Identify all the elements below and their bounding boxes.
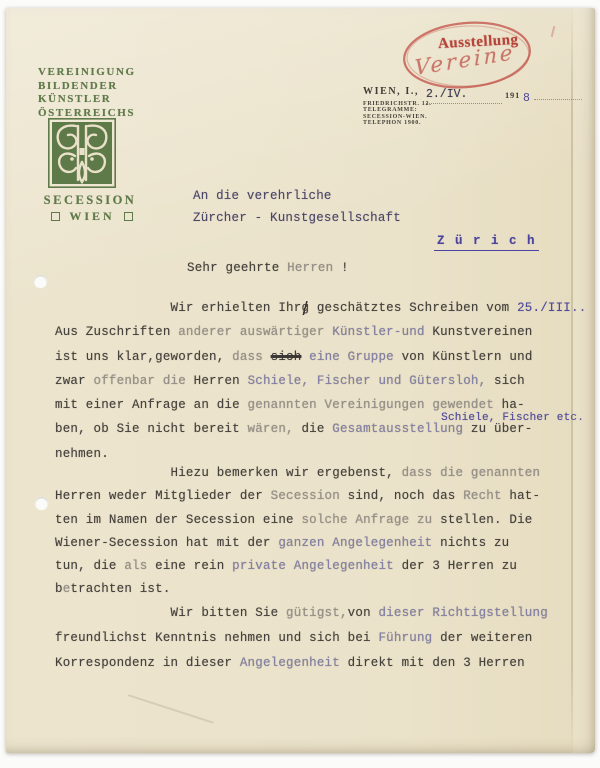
- red-mark: [551, 26, 556, 37]
- text-line: Sehr geehrte Herren !: [187, 257, 349, 279]
- text-line: betrachten ist.: [55, 578, 540, 601]
- text-line: Herren weder Mitglieder der Secession si…: [55, 485, 540, 508]
- text-line: Wir erhielten Ihrg geschätztes Schreiben…: [55, 296, 586, 320]
- text-line: Wir bitten Sie gütigst,von dieser Richti…: [55, 601, 548, 626]
- text-line: freundlichst Kenntnis nehmen und sich be…: [55, 626, 548, 651]
- square-ornament-left: [51, 212, 60, 221]
- paragraph-2: Hiezu bemerken wir ergebenst, dass die g…: [55, 462, 540, 602]
- text-line: SECESSION-WIEN.: [363, 114, 431, 120]
- recipient-block: An die verehrliche Zürcher - Kunstgesell…: [193, 185, 401, 229]
- text-line: KÜNSTLER: [38, 93, 148, 107]
- punch-hole-bottom: [35, 497, 48, 510]
- text-line: BILDENDER: [38, 80, 148, 94]
- wien-label: WIEN: [69, 209, 114, 224]
- text-line: Hiezu bemerken wir ergebenst, dass die g…: [55, 462, 540, 485]
- text-line: Korrespondenz in dieser Angelegenheit di…: [55, 651, 548, 676]
- recipient-line-1: An die verehrliche: [193, 185, 401, 207]
- punch-hole-top: [34, 275, 47, 288]
- secession-emblem: [48, 118, 116, 188]
- paragraph-3: Wir bitten Sie gütigst,von dieser Richti…: [55, 601, 548, 676]
- recipient-city: Z ü r i c h: [434, 234, 539, 251]
- text-line: zwar offenbar die Herren Schiele, Fische…: [55, 369, 586, 393]
- recipient-line-2: Zürcher - Kunstgesellschaft: [193, 207, 401, 229]
- paper-edge-highlight: [573, 8, 595, 753]
- secession-label: SECESSION: [42, 193, 138, 208]
- letter-paper: VEREINIGUNGBILDENDERKÜNSTLERÖSTERREICHS …: [6, 8, 595, 753]
- square-ornament-right: [124, 212, 133, 221]
- text-line: TELEPHON 1900.: [363, 120, 431, 126]
- text-line: ten im Namen der Secession eine solche A…: [55, 509, 540, 532]
- text-line: ist uns klar,geworden, dass sich eine Gr…: [55, 345, 586, 369]
- text-line: tun, die als eine rein private Angelegen…: [55, 555, 540, 578]
- paper-crease: [128, 694, 214, 723]
- text-line: VEREINIGUNG: [38, 66, 148, 80]
- salutation: Sehr geehrte Herren !: [187, 257, 349, 279]
- margin-note: Schiele, Fischer etc.: [424, 412, 584, 424]
- letterhead-org-name: VEREINIGUNGBILDENDERKÜNSTLERÖSTERREICHS: [38, 66, 148, 120]
- wien-label-row: WIEN: [44, 209, 140, 224]
- page: VEREINIGUNGBILDENDERKÜNSTLERÖSTERREICHS …: [0, 0, 600, 768]
- text-line: Aus Zuschriften anderer auswärtiger Küns…: [55, 320, 586, 344]
- contact-lines: FRIEDRICHSTR. 12.TELEGRAMME:SECESSION-WI…: [363, 101, 431, 126]
- paragraph-1: Wir erhielten Ihrg geschätztes Schreiben…: [55, 296, 586, 466]
- text-line: Wiener-Secession hat mit der ganzen Ange…: [55, 532, 540, 555]
